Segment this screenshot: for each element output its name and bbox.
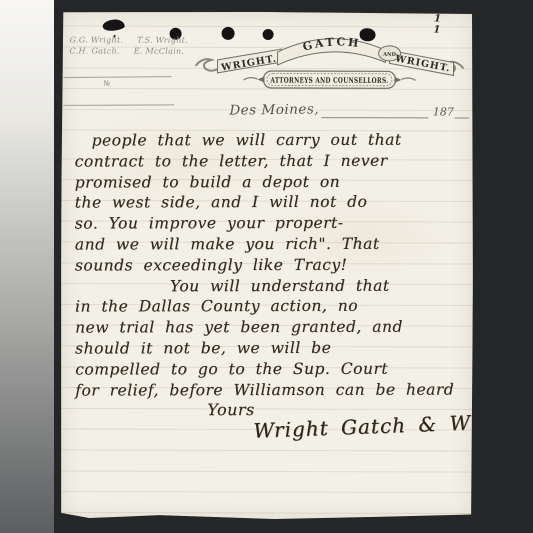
handwriting-line: for relief, before Williamson can be hea…	[75, 379, 467, 401]
dateline: Des Moines, 187	[229, 96, 469, 119]
letter-paper: 1 1 G.G. Wright. T.S. Wright. C.H. Gatch…	[60, 11, 473, 519]
dateline-place: Des Moines,	[229, 101, 319, 118]
dateline-year-blank-rule	[455, 105, 470, 118]
dateline-blank-rule	[321, 103, 429, 118]
torn-punch-hole	[102, 19, 125, 31]
partner-names-block: G.G. Wright. T.S. Wright. C.H. Gatch. E.…	[70, 35, 210, 56]
partner-name: E. McClain.	[134, 46, 185, 57]
handwriting-line: compelled to go to the Sup. Court	[75, 358, 467, 380]
cartouche-left-diamond	[257, 76, 264, 82]
handwriting-line: promised to build a depot on	[75, 171, 467, 193]
handwriting-line: new trial has yet been granted, and	[75, 317, 467, 339]
case-number-rule-bottom	[63, 104, 174, 105]
handwriting-line: You will understand that	[75, 275, 467, 297]
banner-word-and: AND	[382, 52, 396, 58]
firm-signature: Wright Gatch & W	[253, 413, 468, 442]
handwriting-line: sounds exceedingly like Tracy!	[75, 254, 467, 276]
partner-names-row-2: C.H. Gatch. E. McClain.	[70, 46, 210, 57]
handwriting-line: and we will make you rich". That	[75, 233, 467, 255]
case-number-rule-top	[63, 76, 171, 78]
dateline-year-prefix: 187	[433, 105, 454, 118]
partner-names-row-1: G.G. Wright. T.S. Wright.	[70, 35, 210, 46]
scanner-edge-strip	[0, 0, 54, 533]
handwriting-line: in the Dallas County action, no	[75, 296, 467, 318]
handwriting-line: so. You improve your propert-	[75, 213, 467, 235]
cartouche-left-flourish	[243, 78, 257, 80]
partner-name: T.S. Wright.	[137, 36, 188, 47]
partner-name: C.H. Gatch.	[70, 46, 120, 57]
handwriting-line: should it not be, we will be	[75, 337, 467, 359]
handwriting-line: the west side, and I will not do	[75, 192, 467, 214]
cartouche-right-flourish	[401, 78, 415, 80]
handwriting-line: people that we will carry out that	[75, 129, 467, 151]
case-number-label: №	[103, 80, 110, 88]
cartouche-right-diamond	[394, 77, 401, 83]
handwriting-line: contract to the letter, that I never	[75, 150, 467, 172]
partner-name: G.G. Wright.	[70, 35, 124, 46]
attorneys-counsellors-text: ATTORNEYS AND COUNSELLORS.	[270, 76, 389, 85]
letterhead-ribbon-banner: WRIGHT. GATCH AND WRIGHT. ATTORNEYS AND …	[191, 34, 467, 93]
handwritten-letter-body: people that we will carry out that contr…	[75, 129, 468, 438]
